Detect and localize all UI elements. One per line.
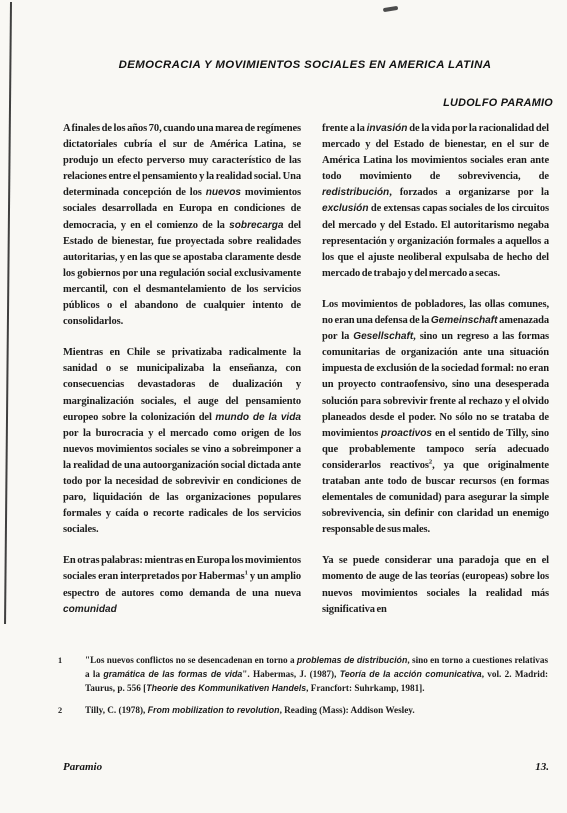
page-footer-author: Paramio xyxy=(63,761,102,773)
footnote-item: 1 "Los nuevos conflictos no se desencade… xyxy=(58,653,548,695)
paragraph: Los movimientos de pobladores, las ollas… xyxy=(322,297,549,538)
footnote-text: "Los nuevos conflictos no se desencadena… xyxy=(85,653,548,695)
paragraph: Mientras en Chile se privatizaba radical… xyxy=(63,345,301,538)
paragraph: En otras palabras: mientras en Europa lo… xyxy=(63,553,301,617)
paragraph: frente a la invasión de la vida por la r… xyxy=(322,121,549,282)
footnote-marker: 2 xyxy=(58,703,85,718)
page-title: DEMOCRACIA Y MOVIMIENTOS SOCIALES EN AME… xyxy=(63,59,547,71)
scan-edge-line xyxy=(4,2,12,624)
page-footer-number: 13. xyxy=(535,761,549,773)
author-name: LUDOLFO PARAMIO xyxy=(443,97,553,109)
footnotes-section: 1 "Los nuevos conflictos no se desencade… xyxy=(58,653,548,726)
paragraph: A finales de los años 70, cuando una mar… xyxy=(63,121,301,330)
text-column-left: A finales de los años 70, cuando una mar… xyxy=(63,121,301,618)
footnote-text: Tilly, C. (1978), From mobilization to r… xyxy=(85,703,548,718)
document-page: DEMOCRACIA Y MOVIMIENTOS SOCIALES EN AME… xyxy=(0,0,567,813)
paragraph: Ya se puede considerar una paradoja que … xyxy=(322,553,549,617)
footnote-item: 2 Tilly, C. (1978), From mobilization to… xyxy=(58,703,548,718)
text-column-right: frente a la invasión de la vida por la r… xyxy=(322,121,549,618)
scan-ink-mark xyxy=(383,6,398,12)
footnote-marker: 1 xyxy=(58,653,85,695)
